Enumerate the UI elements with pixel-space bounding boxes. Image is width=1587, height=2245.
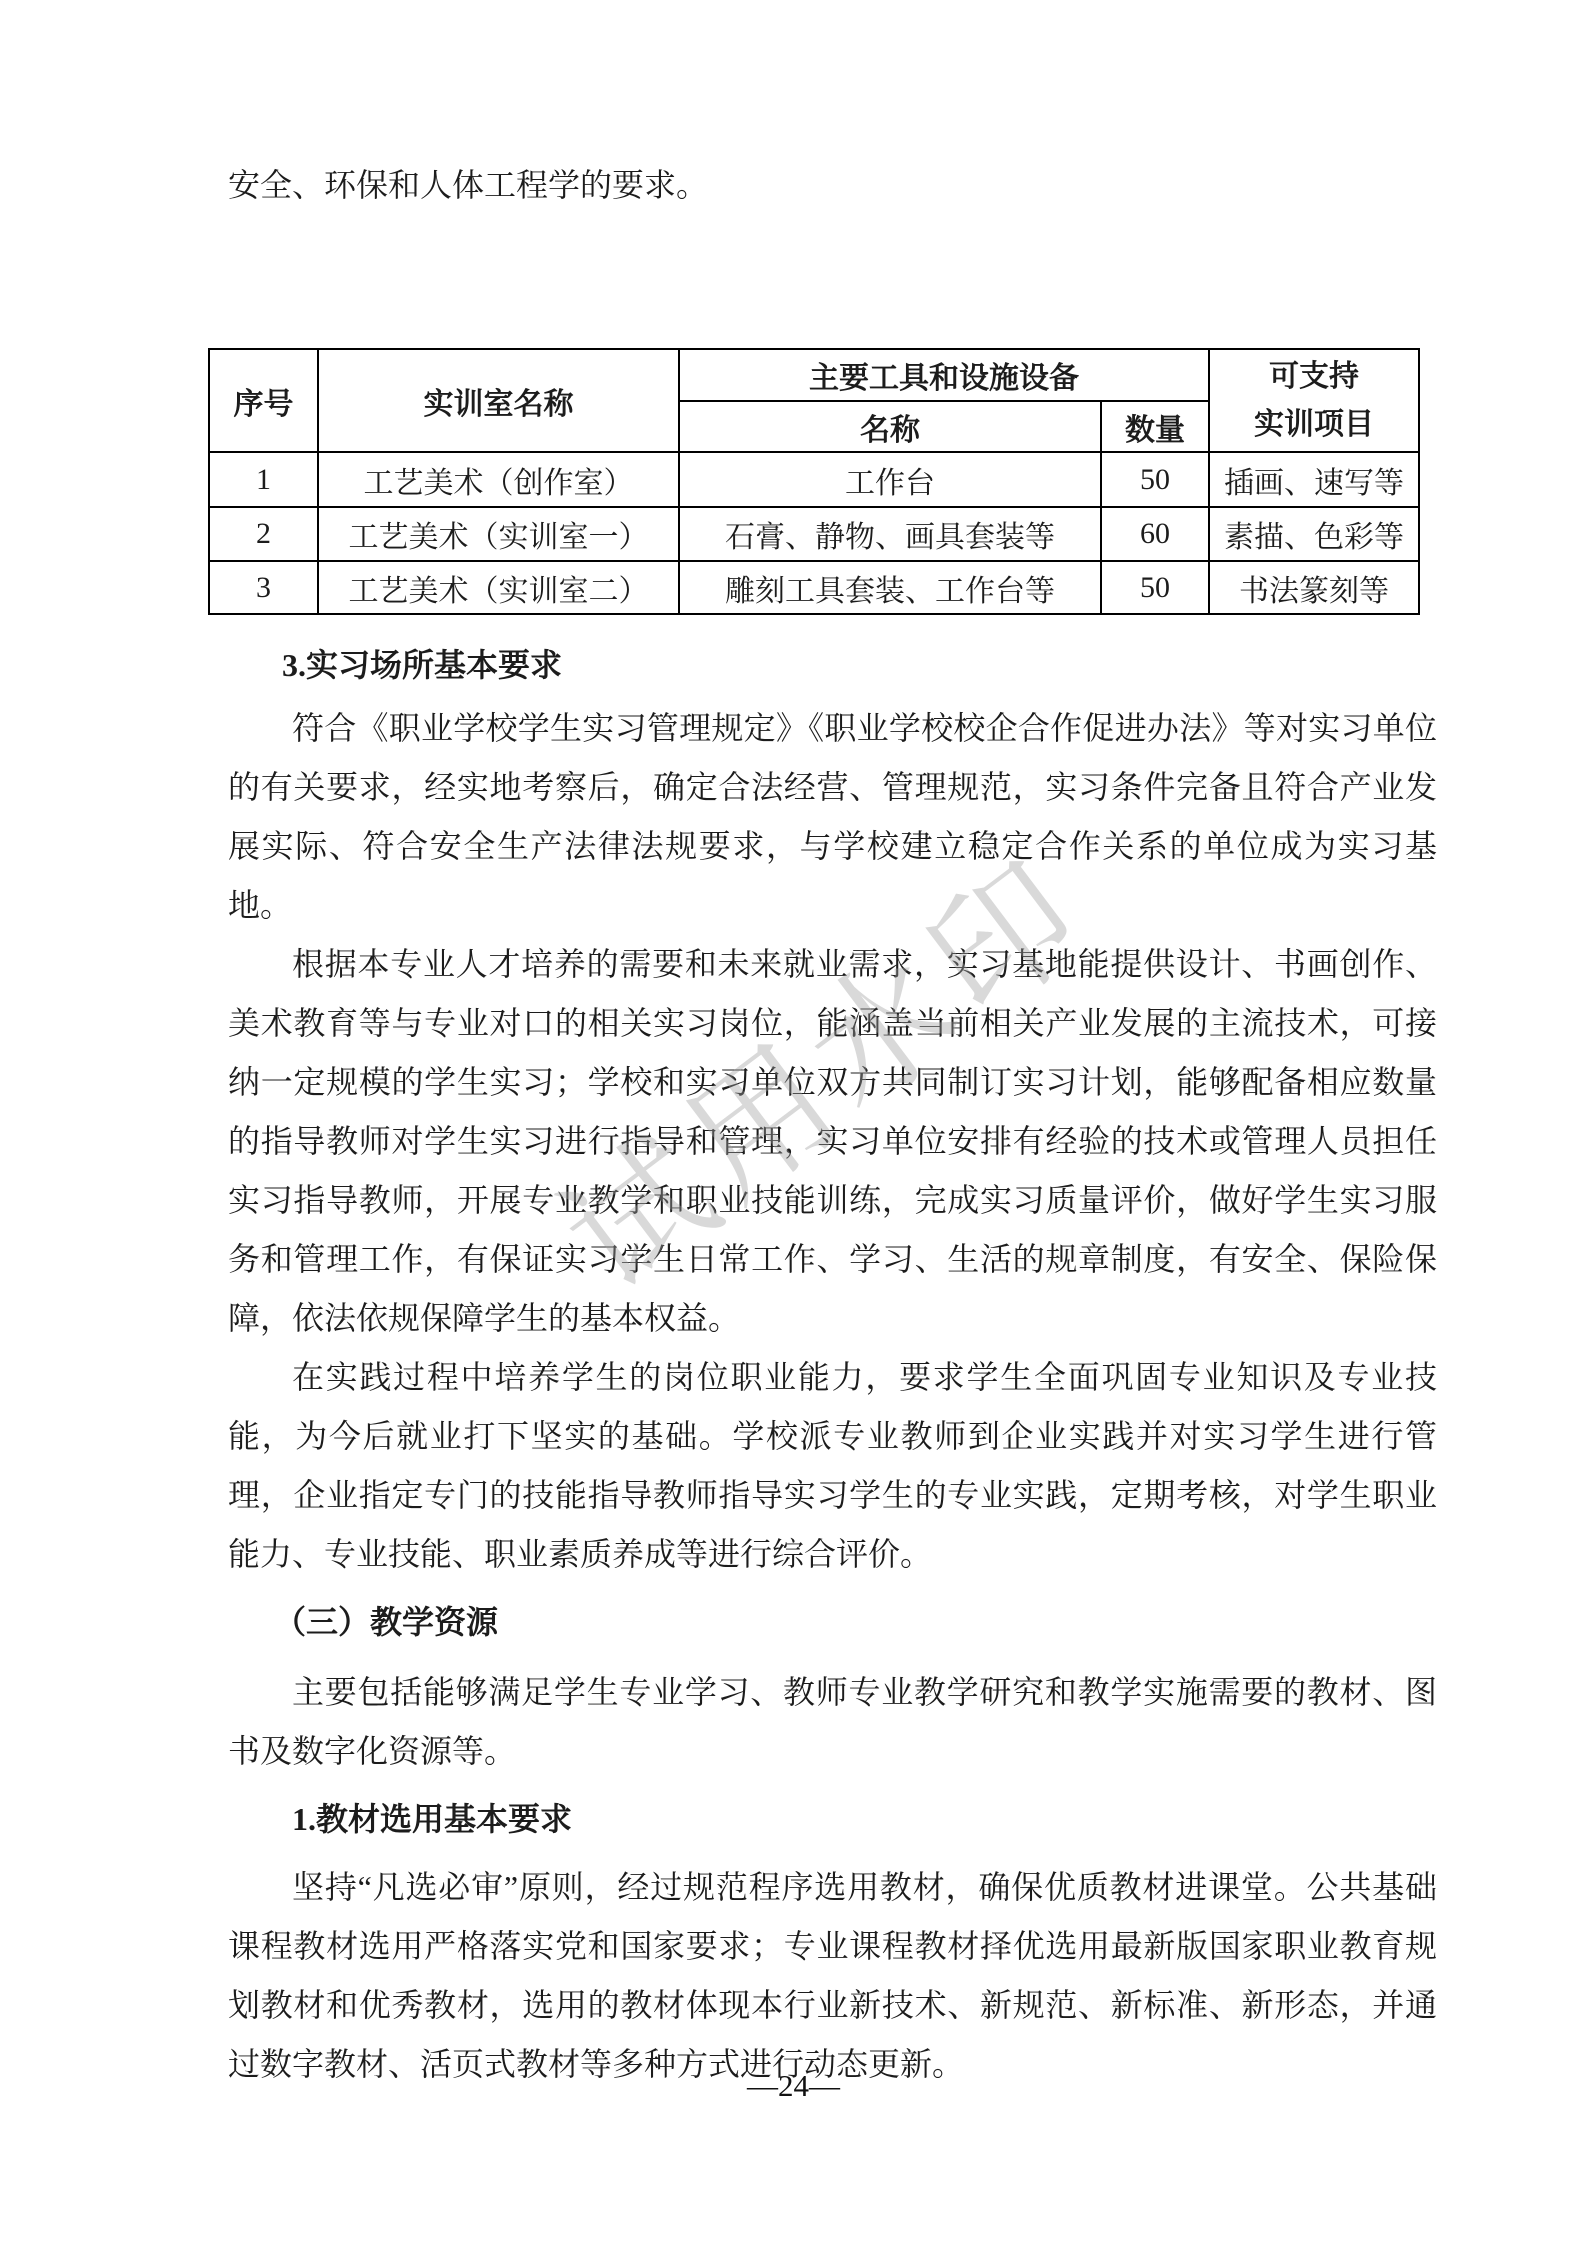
cell-tool: 雕刻工具套装、工作台等 [679, 561, 1101, 614]
paragraph-practice-1: 符合《职业学校学生实习管理规定》《职业学校校企合作促进办法》等对实习单位的有关要… [228, 699, 1437, 935]
paragraph-practice-3: 在实践过程中培养学生的岗位职业能力，要求学生全面巩固专业知识及专业技能，为今后就… [228, 1348, 1437, 1584]
paragraph-textbook-1: 坚持“凡选必审”原则，经过规范程序选用教材，确保优质教材进课堂。公共基础课程教材… [228, 1858, 1437, 2094]
document-body: 安全、环保和人体工程学的要求。 序号 实训室名称 主要工具和设施设备 可支持 实… [228, 0, 1437, 2094]
cell-qty: 50 [1101, 561, 1209, 614]
intro-paragraph: 安全、环保和人体工程学的要求。 [228, 156, 1437, 215]
cell-support: 素描、色彩等 [1209, 507, 1419, 561]
col-header-tool-name: 名称 [679, 401, 1101, 452]
col-header-support: 可支持 实训项目 [1209, 349, 1419, 452]
cell-tool: 工作台 [679, 452, 1101, 507]
col-header-qty: 数量 [1101, 401, 1209, 452]
table-row: 2 工艺美术（实训室一） 石膏、静物、画具套装等 60 素描、色彩等 [209, 507, 1419, 561]
table-header-row-top: 序号 实训室名称 主要工具和设施设备 可支持 实训项目 [209, 349, 1419, 401]
cell-room: 工艺美术（创作室） [318, 452, 679, 507]
col-header-room: 实训室名称 [318, 349, 679, 452]
section-heading-practice-site: 3.实习场所基本要求 [228, 636, 1437, 695]
paragraph-practice-2: 根据本专业人才培养的需要和未来就业需求，实习基地能提供设计、书画创作、美术教育等… [228, 935, 1437, 1348]
cell-tool: 石膏、静物、画具套装等 [679, 507, 1101, 561]
cell-index: 2 [209, 507, 318, 561]
page-number: —24— [0, 2066, 1587, 2106]
cell-room: 工艺美术（实训室二） [318, 561, 679, 614]
col-header-support-line1: 可支持 [1210, 353, 1418, 401]
facilities-table: 序号 实训室名称 主要工具和设施设备 可支持 实训项目 名称 数量 1 工艺美术… [208, 348, 1420, 615]
cell-index: 3 [209, 561, 318, 614]
section-heading-textbook-selection: 1.教材选用基本要求 [228, 1790, 1437, 1849]
cell-index: 1 [209, 452, 318, 507]
cell-support: 书法篆刻等 [1209, 561, 1419, 614]
cell-qty: 60 [1101, 507, 1209, 561]
col-header-tools-group: 主要工具和设施设备 [679, 349, 1209, 401]
cell-room: 工艺美术（实训室一） [318, 507, 679, 561]
section-heading-teaching-resources: （三）教学资源 [228, 1593, 1437, 1652]
cell-support: 插画、速写等 [1209, 452, 1419, 507]
col-header-index: 序号 [209, 349, 318, 452]
cell-qty: 50 [1101, 452, 1209, 507]
table-row: 1 工艺美术（创作室） 工作台 50 插画、速写等 [209, 452, 1419, 507]
col-header-support-line2: 实训项目 [1210, 401, 1418, 449]
table-row: 3 工艺美术（实训室二） 雕刻工具套装、工作台等 50 书法篆刻等 [209, 561, 1419, 614]
paragraph-resources-1: 主要包括能够满足学生专业学习、教师专业教学研究和教学实施需要的教材、图书及数字化… [228, 1663, 1437, 1781]
document-page: 安全、环保和人体工程学的要求。 序号 实训室名称 主要工具和设施设备 可支持 实… [0, 0, 1587, 2245]
